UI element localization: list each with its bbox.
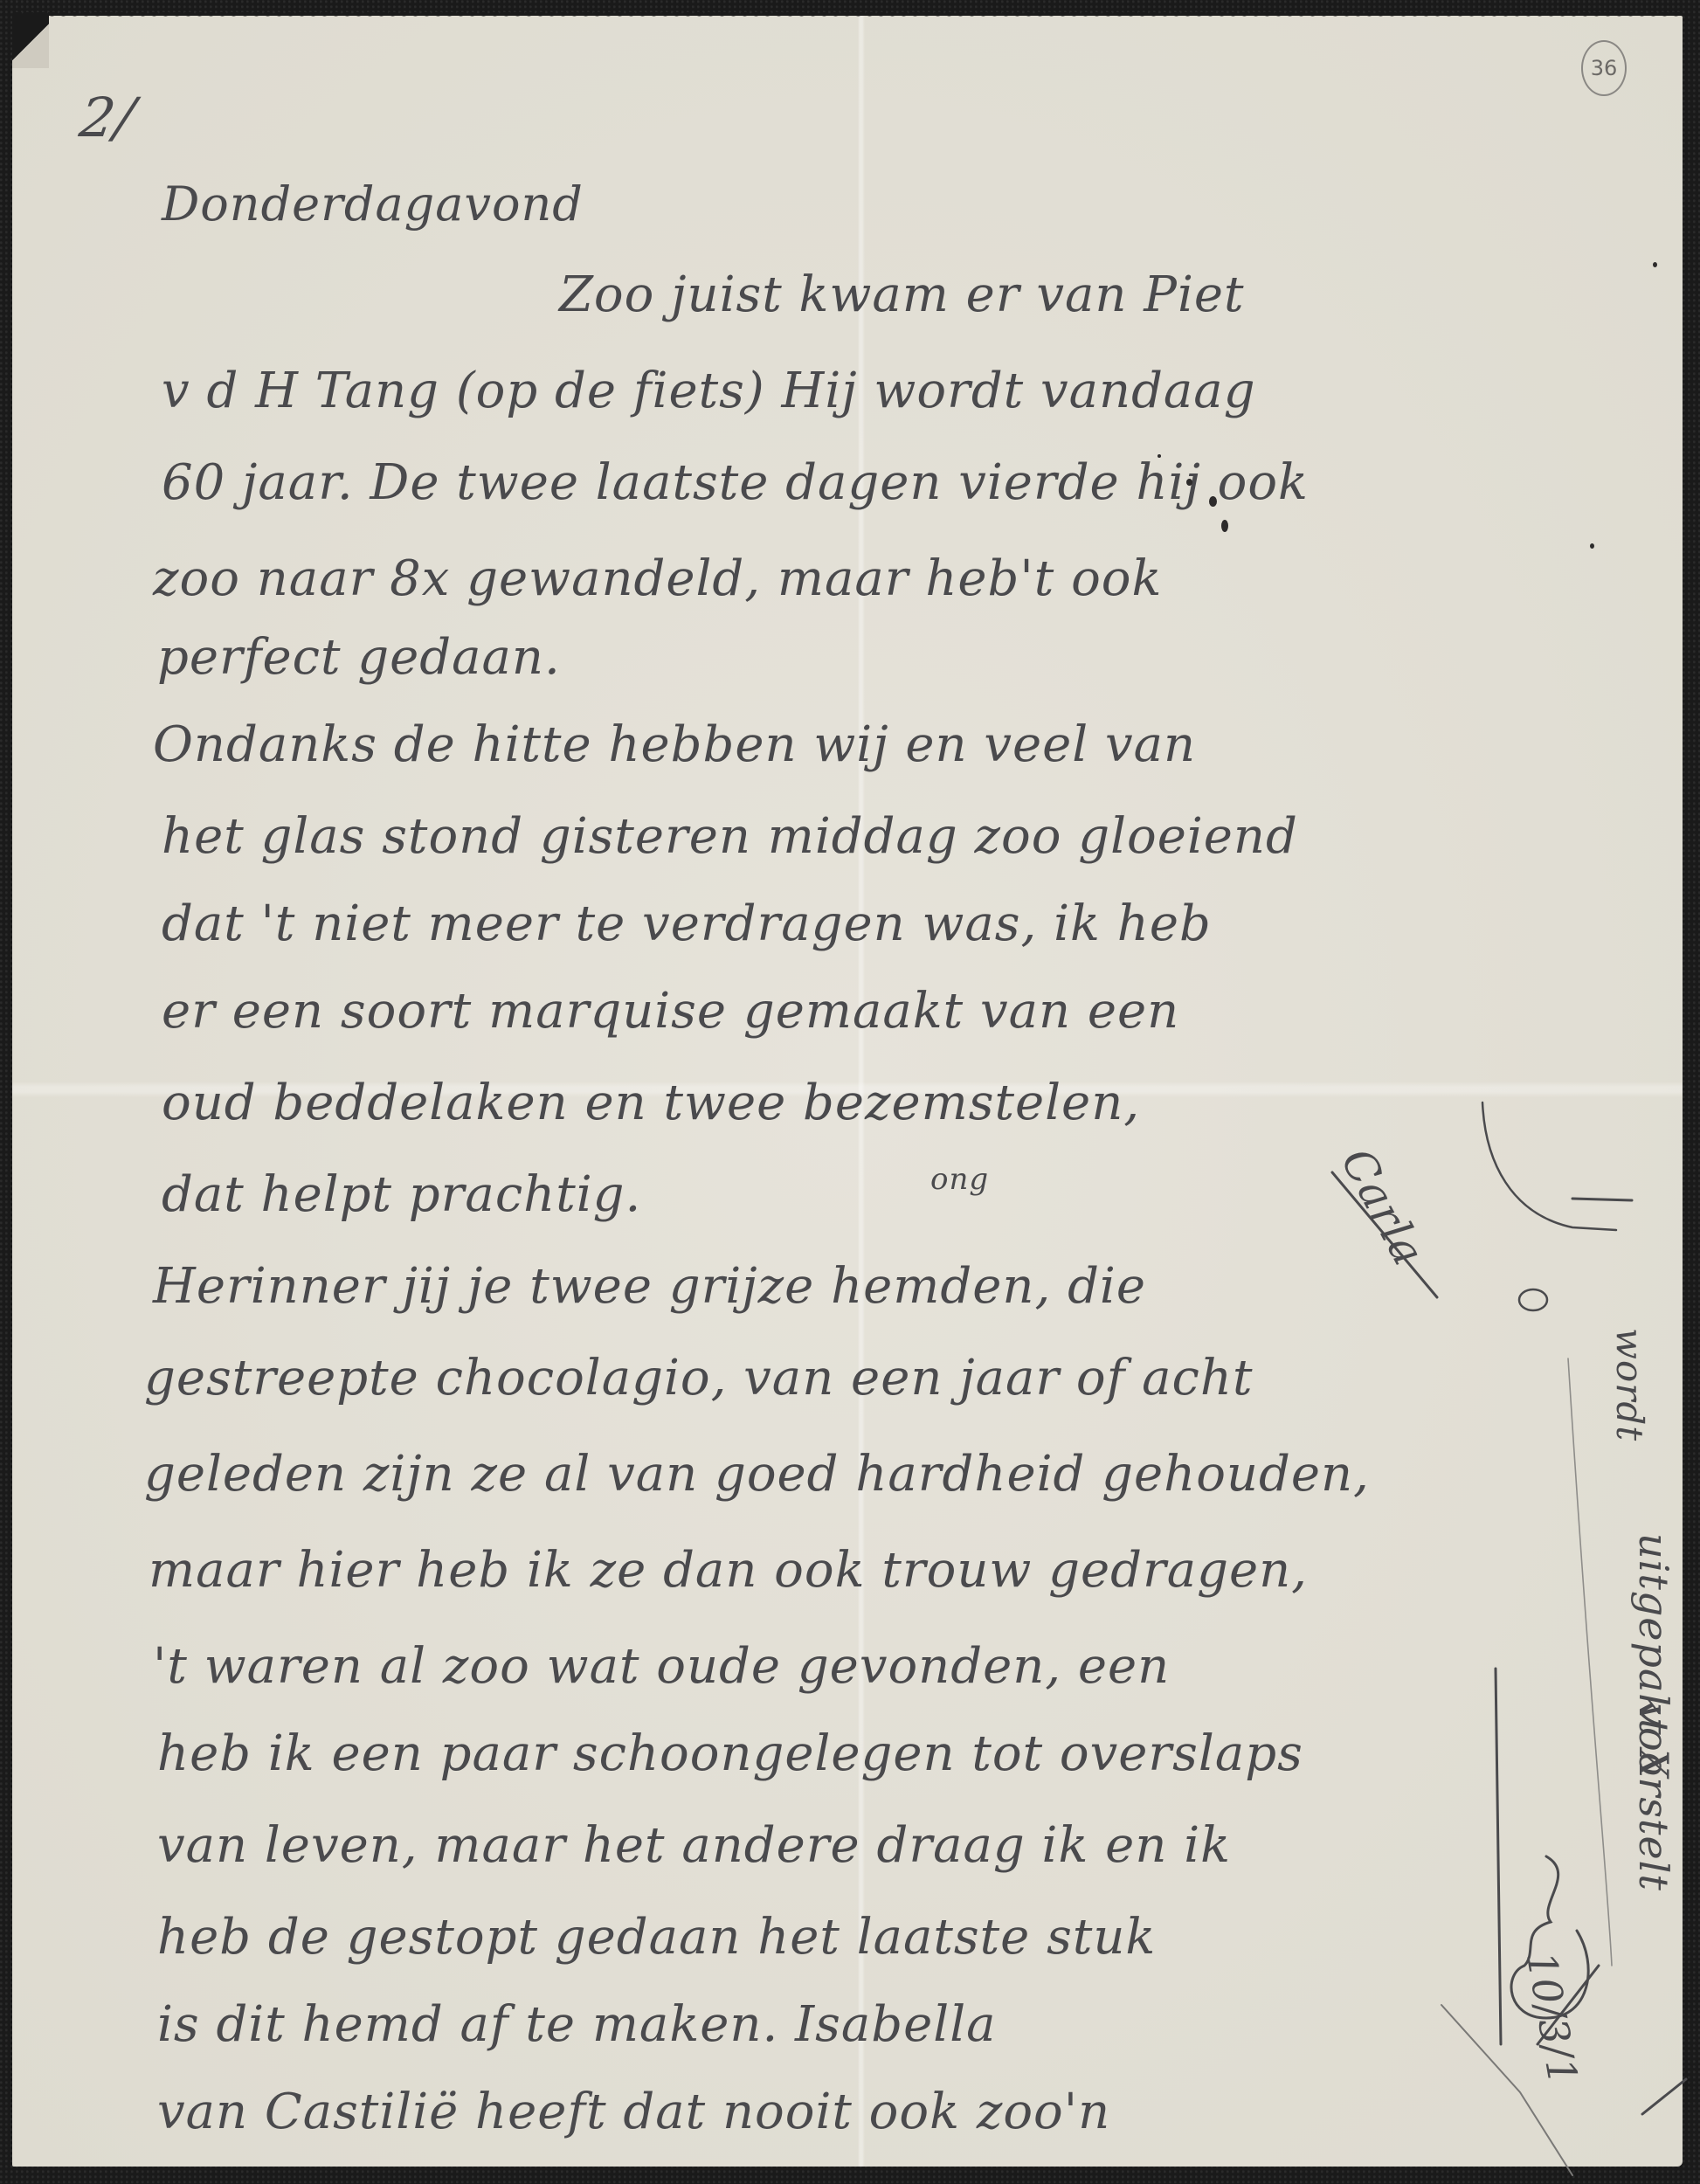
letter-line: dat helpt prachtig. — [162, 1171, 641, 1220]
arc-mark — [1482, 1102, 1616, 1230]
guide-line — [1568, 1358, 1612, 1966]
slash-line — [1538, 1966, 1599, 2044]
letter-line: 60 jaar. De twee laatste dagen vierde hi… — [162, 459, 1309, 508]
letter-line: er een soort marquise gemaakt van een — [162, 987, 1179, 1036]
interlinear-insert: ong — [930, 1162, 989, 1197]
page-number: 2/ — [76, 86, 140, 149]
letter-line: van leven, maar het andere draag ik en i… — [157, 1821, 1231, 1870]
letter-line: maar hier heb ik ze dan ook trouw gedrag… — [149, 1546, 1308, 1595]
ink-blot — [1221, 520, 1228, 532]
ink-blot — [1186, 479, 1192, 486]
vertical-bar — [1496, 1669, 1501, 2044]
letter-line: Zoo juist kwam er van Piet — [559, 271, 1245, 320]
letter-line: geleden zijn ze al van goed hardheid geh… — [144, 1450, 1370, 1499]
letter-line: oud beddelaken en twee bezemstelen, — [162, 1079, 1140, 1128]
salutation-day: Donderdagavond — [162, 181, 584, 228]
letter-line: van Castilië heeft dat nooit ook zoo'n — [157, 2088, 1110, 2137]
ink-dot — [1590, 543, 1594, 549]
ink-dot — [1653, 262, 1657, 267]
letter-line: v d H Tang (op de fiets) Hij wordt vanda… — [162, 367, 1256, 416]
letter-line: heb de gestopt gedaan het laatste stuk — [157, 1913, 1156, 1962]
letter-line: Herinner jij je twee grijze hemden, die — [153, 1262, 1146, 1311]
ink-blot — [1209, 496, 1217, 507]
archive-number: 36 — [1591, 56, 1618, 80]
letter-line: heb ik een paar schoongelegen tot oversl… — [157, 1730, 1303, 1779]
underline-slash — [1332, 1172, 1437, 1297]
letter-line: perfect gedaan. — [157, 633, 561, 682]
letter-line: 't waren al zoo wat oude gevonden, een — [153, 1642, 1170, 1691]
letter-line: gestreepte chocolagio, van een jaar of a… — [144, 1354, 1253, 1403]
end-stroke — [1642, 2079, 1686, 2114]
letter-line: dat 't niet meer te verdragen was, ik he… — [162, 900, 1212, 949]
letter-line: Ondanks de hitte hebben wij en veel van — [153, 721, 1196, 770]
perforated-edge — [12, 12, 1683, 21]
archive-number-stamp: 36 — [1581, 40, 1627, 96]
margin-sketch-marks — [1310, 1092, 1700, 2184]
cross-line — [1441, 2005, 1572, 2175]
ink-blot — [1158, 454, 1161, 458]
letter-line: het glas stond gisteren middag zoo gloei… — [162, 812, 1298, 861]
dash-mark — [1572, 1199, 1632, 1200]
folded-corner — [12, 16, 49, 68]
letter-line: is dit hemd af te maken. Isabella — [157, 2001, 997, 2049]
small-circle — [1519, 1289, 1547, 1310]
letter-line: zoo naar 8x gewandeld, maar heb't ook — [153, 555, 1162, 604]
